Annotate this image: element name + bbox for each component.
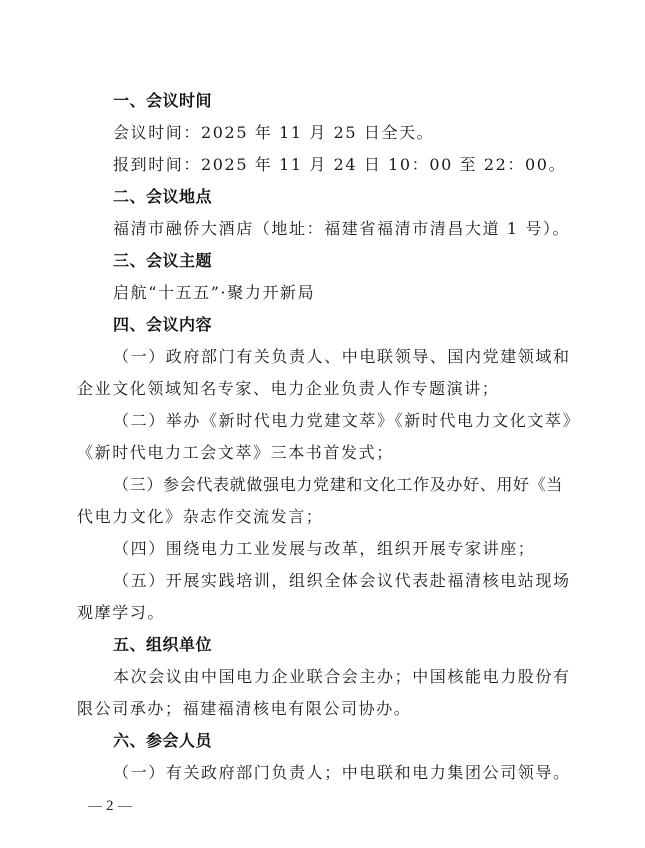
section-heading-meeting-theme: 三、会议主题 — [113, 251, 603, 271]
section-heading-meeting-time: 一、会议时间 — [113, 91, 603, 111]
footer-dash-left — [88, 806, 102, 807]
content-item-3-line-1: （三）参会代表就做强电力党建和文化工作及办好、用好《当 — [113, 475, 563, 495]
theme-line: 启航“十五五”·聚力开新局 — [113, 283, 603, 303]
content-item-2-line-2: 《新时代电力工会文萃》三本书首发式； — [77, 443, 567, 463]
footer-dash-right — [118, 806, 132, 807]
content-item-2-line-1: （二）举办《新时代电力党建文萃》《新时代电力文化文萃》 — [113, 411, 563, 431]
document-page: 一、会议时间 会议时间：2025 年 11 月 25 日全天。 报到时间：202… — [0, 0, 645, 848]
section-heading-meeting-venue: 二、会议地点 — [113, 187, 603, 207]
attendees-item-1-line: （一）有关政府部门负责人；中电联和电力集团公司领导。 — [113, 763, 563, 783]
content-item-1-line-1: （一）政府部门有关负责人、中电联领导、国内党建领域和 — [113, 347, 563, 367]
section-heading-attendees: 六、参会人员 — [113, 731, 603, 751]
registration-time-line: 报到时间：2025 年 11 月 24 日 10：00 至 22：00。 — [113, 155, 603, 175]
section-heading-organizers: 五、组织单位 — [113, 635, 603, 655]
meeting-date-line: 会议时间：2025 年 11 月 25 日全天。 — [113, 123, 603, 143]
organizers-line-2: 限公司承办；福建福清核电有限公司协办。 — [77, 699, 567, 719]
content-item-5-line-1: （五）开展实践培训，组织全体会议代表赴福清核电站现场 — [113, 571, 563, 591]
page-number: 2 — [106, 798, 114, 814]
page-number-footer: 2 — [84, 798, 136, 815]
content-item-1-line-2: 企业文化领域知名专家、电力企业负责人作专题演讲； — [77, 379, 567, 399]
venue-line: 福清市融侨大酒店（地址：福建省福清市清昌大道 1 号）。 — [113, 219, 603, 239]
content-item-4-line: （四）围绕电力工业发展与改革，组织开展专家讲座； — [113, 539, 603, 559]
organizers-line-1: 本次会议由中国电力企业联合会主办；中国核能电力股份有 — [113, 667, 563, 687]
content-item-5-line-2: 观摩学习。 — [77, 603, 567, 623]
section-heading-meeting-content: 四、会议内容 — [113, 315, 603, 335]
content-item-3-line-2: 代电力文化》杂志作交流发言； — [77, 507, 567, 527]
